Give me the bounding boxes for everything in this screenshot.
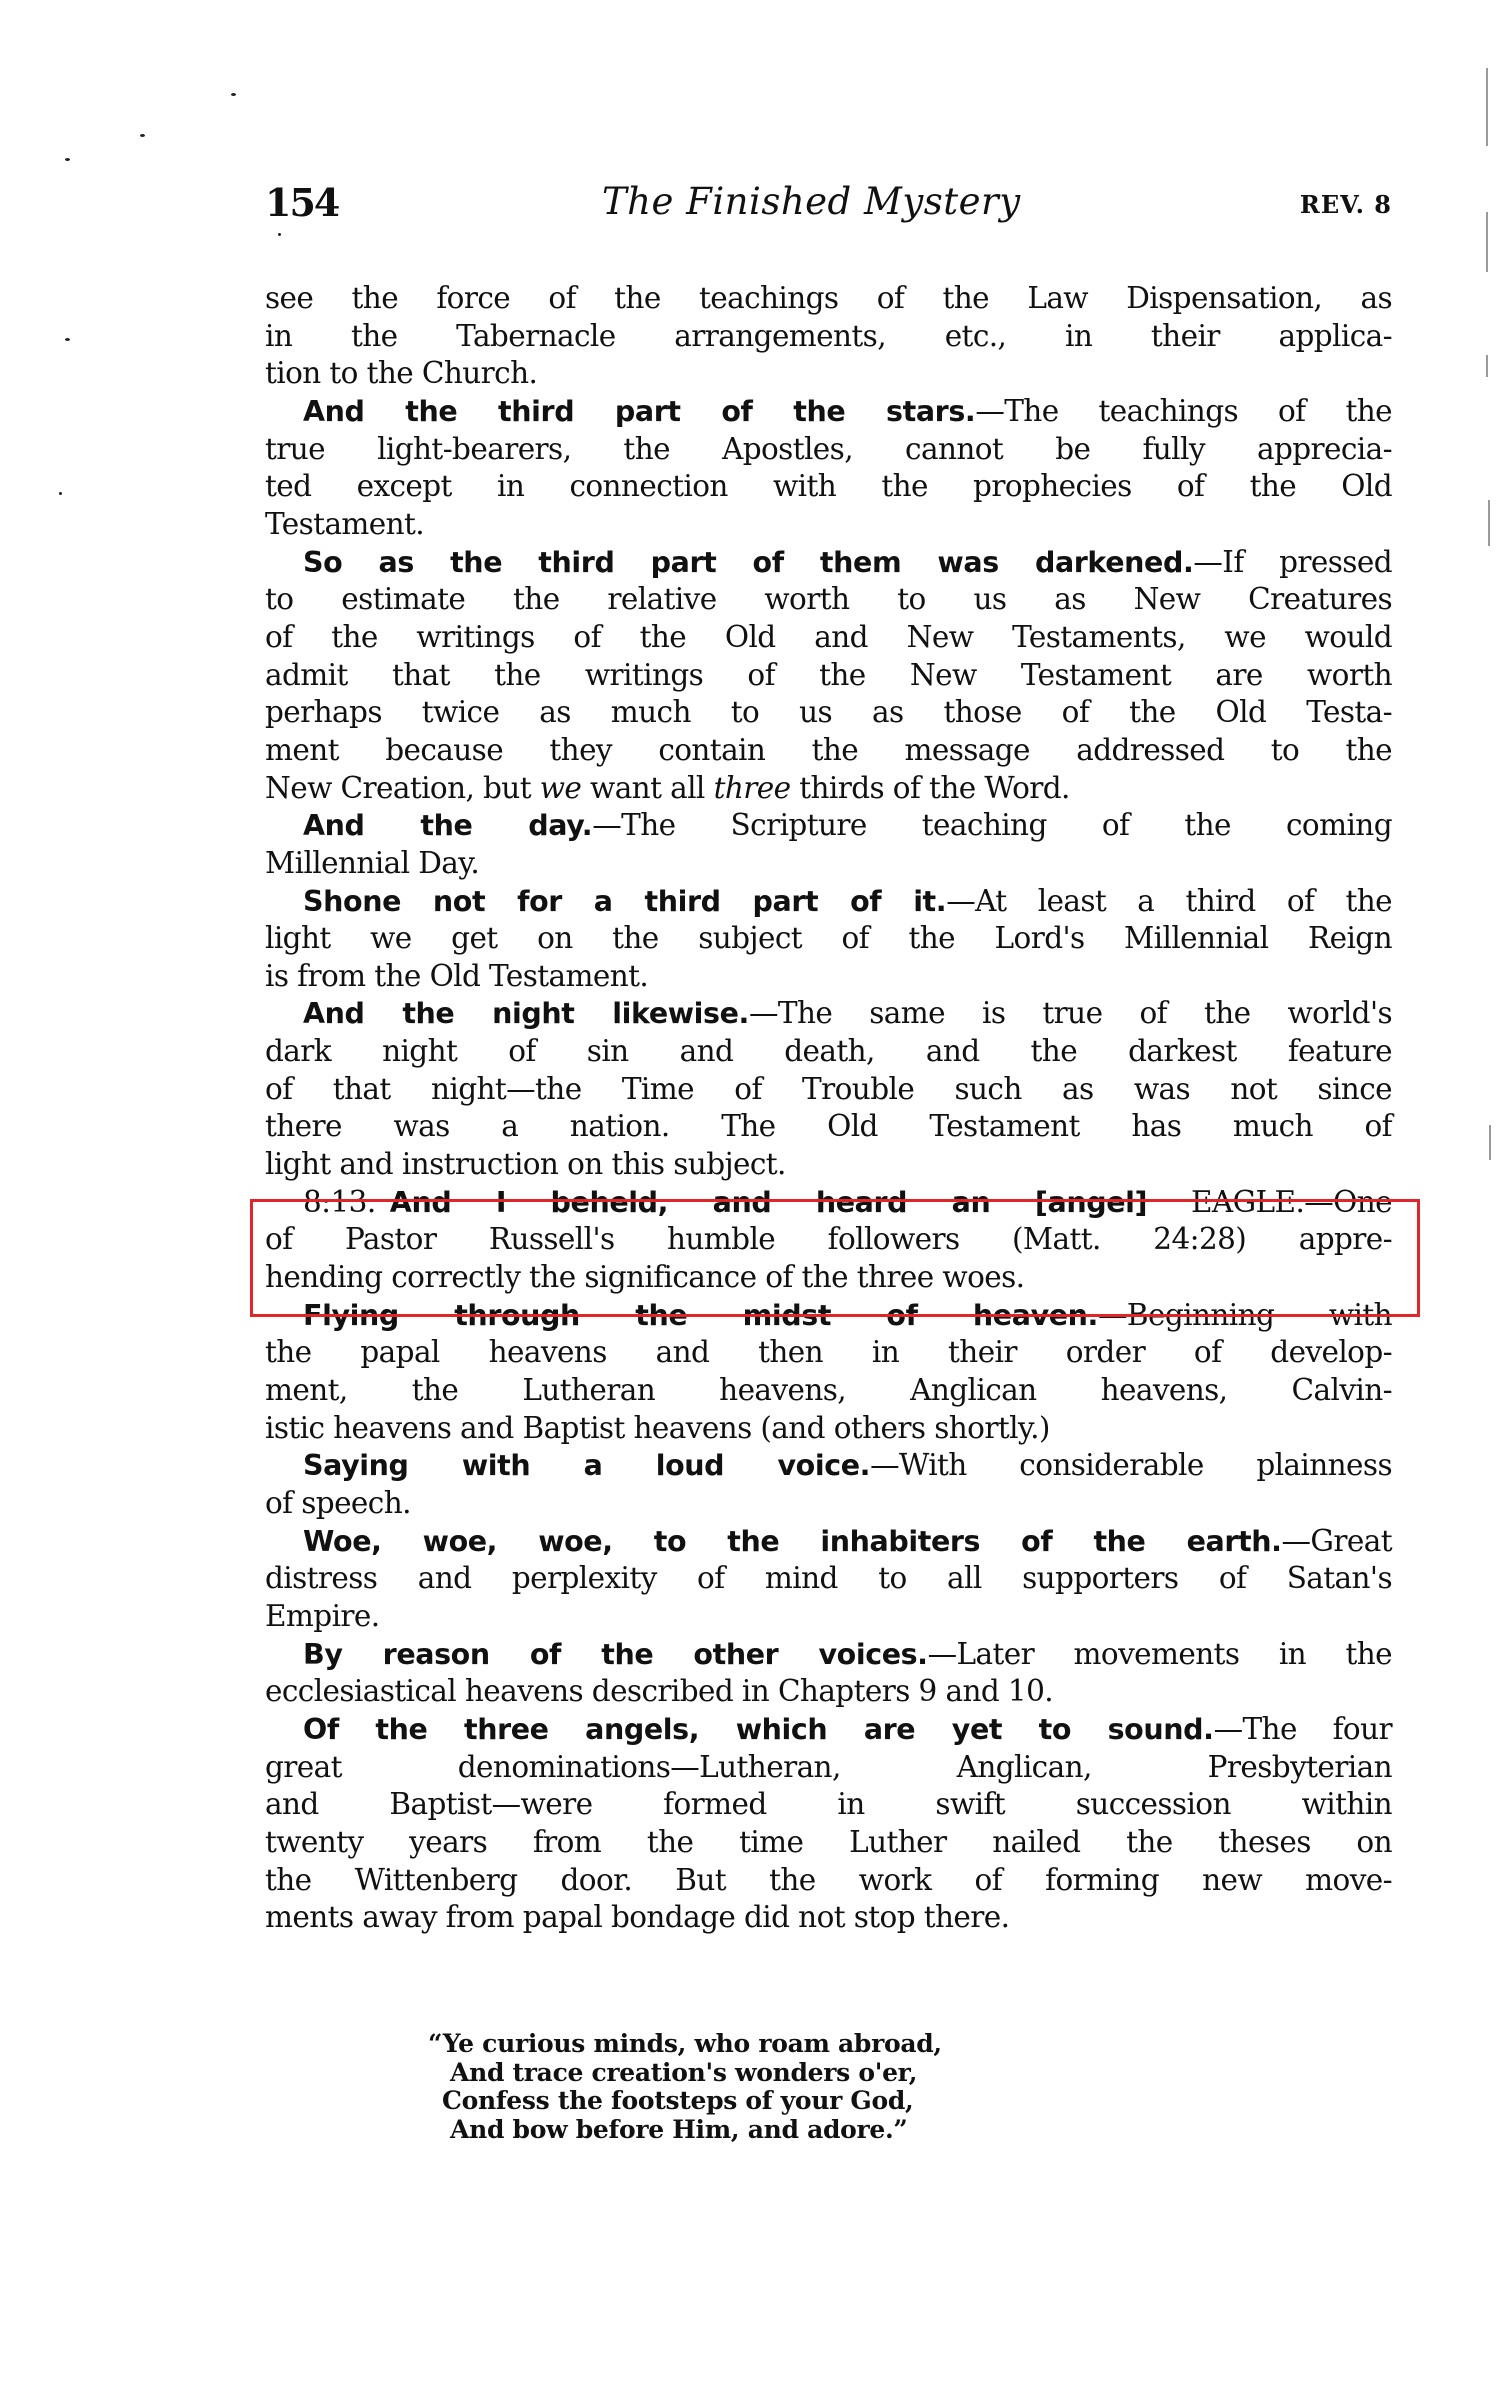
scripture-lead-phrase: And the night likewise. — [303, 997, 749, 1030]
scripture-lead-phrase: Flying through the midst of heaven. — [303, 1299, 1098, 1332]
scan-edge-mark — [1486, 68, 1488, 146]
text-line: istic heavens and Baptist heavens (and o… — [265, 1410, 1392, 1448]
scripture-lead-phrase: By reason of the other voices. — [303, 1638, 928, 1671]
text-line: in the Tabernacle arrangements, etc., in… — [265, 318, 1392, 356]
chapter-reference: REV. 8 — [1300, 190, 1392, 219]
text-line: Shone not for a third part of it.—At lea… — [265, 883, 1392, 921]
text-line: 8:13. And I beheld, and heard an [angel]… — [265, 1184, 1392, 1222]
scan-speck — [65, 158, 70, 161]
scripture-lead-phrase: Of the three angels, which are yet to so… — [303, 1713, 1214, 1746]
text-line: tion to the Church. — [265, 355, 1392, 393]
scripture-lead-phrase: And the day. — [303, 809, 592, 842]
text-line: ment because they contain the message ad… — [265, 732, 1392, 770]
scan-edge-mark — [1486, 212, 1488, 272]
scan-speck — [231, 93, 236, 96]
scripture-lead-phrase: Saying with a loud voice. — [303, 1449, 870, 1482]
text-line: admit that the writings of the New Testa… — [265, 657, 1392, 695]
text-line: By reason of the other voices.—Later mov… — [265, 1636, 1392, 1674]
text-line: there was a nation. The Old Testament ha… — [265, 1108, 1392, 1146]
text-line: New Creation, but we want all three thir… — [265, 770, 1392, 808]
running-head: 154 The Finished Mystery REV. 8 — [265, 180, 1392, 230]
text-line: ted except in connection with the prophe… — [265, 468, 1392, 506]
text-line: dark night of sin and death, and the dar… — [265, 1033, 1392, 1071]
scan-edge-mark — [1486, 355, 1488, 377]
poem-line: Confess the footsteps of your God, — [428, 2087, 1128, 2116]
text-line: great denominations—Lutheran, Anglican, … — [265, 1749, 1392, 1787]
book-title: The Finished Mystery — [602, 180, 1021, 223]
text-line: the papal heavens and then in their orde… — [265, 1334, 1392, 1372]
scan-speck — [65, 338, 70, 341]
text-line: And the third part of the stars.—The tea… — [265, 393, 1392, 431]
poem-line: And bow before Him, and adore.” — [428, 2116, 1128, 2145]
text-line: of Pastor Russell's humble followers (Ma… — [265, 1221, 1392, 1259]
paragraph: Woe, woe, woe, to the inhabiters of the … — [265, 1523, 1392, 1636]
page-number: 154 — [265, 180, 338, 225]
scripture-lead-phrase: And the third part of the stars. — [303, 395, 975, 428]
scanned-book-page: 154 The Finished Mystery REV. 8 see the … — [0, 0, 1500, 2385]
text-line: Saying with a loud voice.—With considera… — [265, 1447, 1392, 1485]
text-line: So as the third part of them was darkene… — [265, 544, 1392, 582]
text-line: to estimate the relative worth to us as … — [265, 581, 1392, 619]
text-line: ments away from papal bondage did not st… — [265, 1899, 1392, 1937]
paragraph: And the night likewise.—The same is true… — [265, 995, 1392, 1183]
paragraph: Flying through the midst of heaven.—Begi… — [265, 1297, 1392, 1448]
text-line: twenty years from the time Luther nailed… — [265, 1824, 1392, 1862]
text-line: Of the three angels, which are yet to so… — [265, 1711, 1392, 1749]
text-line: And the night likewise.—The same is true… — [265, 995, 1392, 1033]
text-line: Millennial Day. — [265, 845, 1392, 883]
text-line: light and instruction on this subject. — [265, 1146, 1392, 1184]
poem-line: “Ye curious minds, who roam abroad, — [428, 2030, 1128, 2059]
scripture-lead-phrase: So as the third part of them was darkene… — [303, 546, 1193, 579]
text-line: distress and perplexity of mind to all s… — [265, 1560, 1392, 1598]
scan-speck — [278, 233, 281, 236]
paragraph: Saying with a loud voice.—With considera… — [265, 1447, 1392, 1522]
text-line: of that night—the Time of Trouble such a… — [265, 1071, 1392, 1109]
closing-poem: “Ye curious minds, who roam abroad,And t… — [428, 2030, 1128, 2144]
paragraph: And the day.—The Scripture teaching of t… — [265, 807, 1392, 882]
text-line: Woe, woe, woe, to the inhabiters of the … — [265, 1523, 1392, 1561]
paragraph: And the third part of the stars.—The tea… — [265, 393, 1392, 544]
text-line: Empire. — [265, 1598, 1392, 1636]
paragraph: see the force of the teachings of the La… — [265, 280, 1392, 393]
text-line: of speech. — [265, 1485, 1392, 1523]
verse-number: 8:13. — [303, 1185, 390, 1219]
poem-line: And trace creation's wonders o'er, — [428, 2059, 1128, 2088]
text-line: hending correctly the significance of th… — [265, 1259, 1392, 1297]
text-line: light we get on the subject of the Lord'… — [265, 920, 1392, 958]
paragraph: Of the three angels, which are yet to so… — [265, 1711, 1392, 1937]
scripture-lead-phrase: Shone not for a third part of it. — [303, 885, 946, 918]
text-line: the Wittenberg door. But the work of for… — [265, 1862, 1392, 1900]
text-line: of the writings of the Old and New Testa… — [265, 619, 1392, 657]
highlighted-paragraph: 8:13. And I beheld, and heard an [angel]… — [265, 1184, 1392, 1297]
paragraph: By reason of the other voices.—Later mov… — [265, 1636, 1392, 1711]
scan-speck — [59, 492, 62, 495]
text-line: ment, the Lutheran heavens, Anglican hea… — [265, 1372, 1392, 1410]
scan-speck — [140, 134, 145, 137]
text-line: ecclesiastical heavens described in Chap… — [265, 1673, 1392, 1711]
paragraph: So as the third part of them was darkene… — [265, 544, 1392, 808]
scripture-lead-phrase: Woe, woe, woe, to the inhabiters of the … — [303, 1525, 1282, 1558]
text-line: And the day.—The Scripture teaching of t… — [265, 807, 1392, 845]
scripture-lead-phrase: And I beheld, and heard an [angel] — [390, 1186, 1147, 1219]
text-line: true light-bearers, the Apostles, cannot… — [265, 431, 1392, 469]
text-line: and Baptist—were formed in swift success… — [265, 1786, 1392, 1824]
text-line: see the force of the teachings of the La… — [265, 280, 1392, 318]
scan-edge-mark — [1489, 1125, 1491, 1160]
body-text: see the force of the teachings of the La… — [265, 280, 1392, 1937]
text-line: Flying through the midst of heaven.—Begi… — [265, 1297, 1392, 1335]
scan-edge-mark — [1488, 500, 1490, 546]
text-line: perhaps twice as much to us as those of … — [265, 694, 1392, 732]
paragraph: Shone not for a third part of it.—At lea… — [265, 883, 1392, 996]
text-line: is from the Old Testament. — [265, 958, 1392, 996]
text-line: Testament. — [265, 506, 1392, 544]
